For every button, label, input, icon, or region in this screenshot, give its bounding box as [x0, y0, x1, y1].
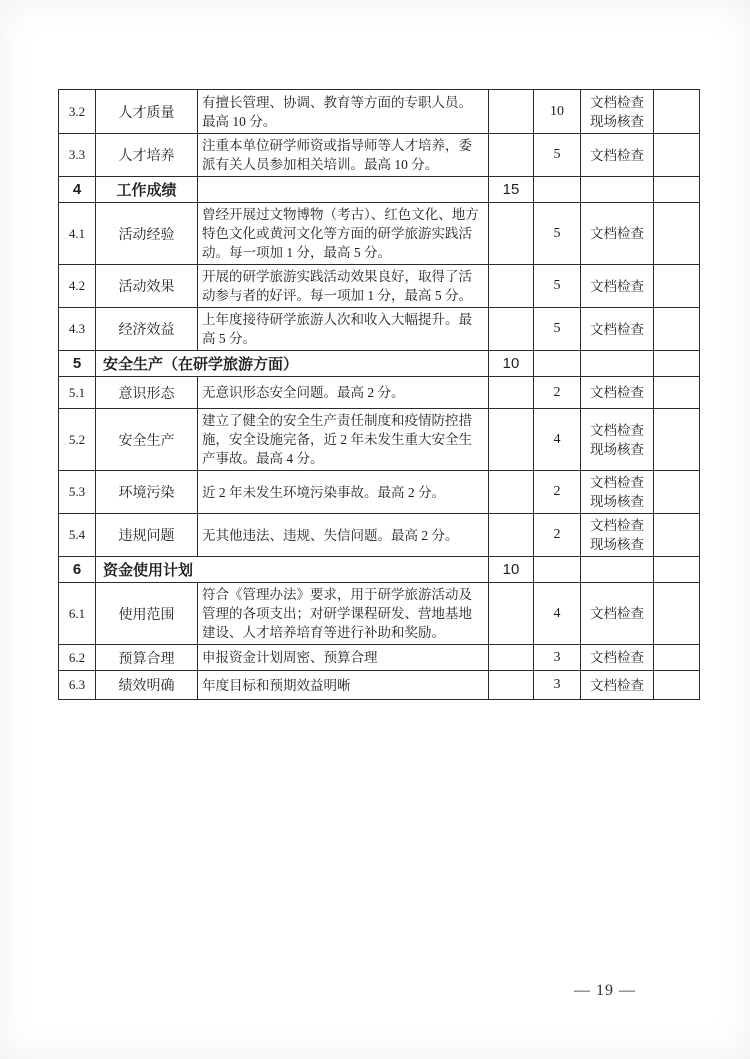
check-method-cell: 文档检查: [581, 308, 654, 351]
section-score-cell: [489, 203, 534, 265]
criterion-name-cell: 活动效果: [96, 265, 198, 308]
item-score-cell: [534, 351, 581, 377]
item-score-cell: [534, 557, 581, 583]
item-score-cell: 5: [534, 203, 581, 265]
section-score-cell: 15: [489, 177, 534, 203]
criterion-description-cell: 符合《管理办法》要求，用于研学旅游活动及管理的各项支出；对研学课程研发、营地基地…: [198, 583, 489, 645]
check-method-line: 文档检查: [585, 516, 649, 535]
criterion-row: 4.1活动经验曾经开展过文物博物（考古）、红色文化、地方特色文化或黄河文化等方面…: [59, 203, 700, 265]
section-score-cell: [489, 377, 534, 409]
check-method-line: 文档检查: [585, 383, 649, 402]
score-entry-cell: [654, 90, 700, 134]
score-entry-cell: [654, 203, 700, 265]
score-entry-cell: [654, 409, 700, 471]
item-score-cell: 5: [534, 265, 581, 308]
criterion-description-cell: 年度目标和预期效益明晰: [198, 671, 489, 700]
row-number-cell: 4.2: [59, 265, 96, 308]
check-method-cell: [581, 557, 654, 583]
item-score-cell: 10: [534, 90, 581, 134]
item-score-cell: 4: [534, 583, 581, 645]
row-number-cell: 6.2: [59, 645, 96, 671]
section-score-cell: [489, 409, 534, 471]
score-entry-cell: [654, 265, 700, 308]
criterion-row: 5.4违规问题无其他违法、违规、失信问题。最高 2 分。2文档检查现场核查: [59, 514, 700, 557]
criterion-description-cell: 建立了健全的安全生产责任制度和疫情防控措施，安全设施完备，近 2 年未发生重大安…: [198, 409, 489, 471]
check-method-line: 现场核查: [585, 112, 649, 131]
check-method-cell: 文档检查: [581, 583, 654, 645]
check-method-line: 文档检查: [585, 277, 649, 296]
criterion-name-cell: 人才质量: [96, 90, 198, 134]
criterion-description-cell: 有擅长管理、协调、教育等方面的专职人员。最高 10 分。: [198, 90, 489, 134]
section-score-cell: [489, 583, 534, 645]
score-entry-cell: [654, 583, 700, 645]
check-method-line: 文档检查: [585, 146, 649, 165]
check-method-line: 现场核查: [585, 492, 649, 511]
check-method-cell: 文档检查: [581, 134, 654, 177]
item-score-cell: 2: [534, 514, 581, 557]
section-score-cell: [489, 514, 534, 557]
check-method-line: 现场核查: [585, 535, 649, 554]
criterion-name-cell: 使用范围: [96, 583, 198, 645]
criterion-description-cell: 上年度接待研学旅游人次和收入大幅提升。最高 5 分。: [198, 308, 489, 351]
check-method-cell: 文档检查现场核查: [581, 409, 654, 471]
criterion-name-cell: 人才培养: [96, 134, 198, 177]
score-entry-cell: [654, 671, 700, 700]
section-score-cell: [489, 471, 534, 514]
row-number-cell: 5.3: [59, 471, 96, 514]
check-method-cell: [581, 177, 654, 203]
criterion-row: 3.3人才培养注重本单位研学师资或指导师等人才培养，委派有关人员参加相关培训。最…: [59, 134, 700, 177]
score-entry-cell: [654, 308, 700, 351]
check-method-line: 文档检查: [585, 93, 649, 112]
section-title-cell: 资金使用计划: [96, 557, 489, 583]
row-number-cell: 4: [59, 177, 96, 203]
criterion-description-cell: 近 2 年未发生环境污染事故。最高 2 分。: [198, 471, 489, 514]
check-method-cell: 文档检查: [581, 265, 654, 308]
criterion-description-cell: 曾经开展过文物博物（考古）、红色文化、地方特色文化或黄河文化等方面的研学旅游实践…: [198, 203, 489, 265]
check-method-cell: 文档检查现场核查: [581, 90, 654, 134]
criterion-description-cell: 申报资金计划周密、预算合理: [198, 645, 489, 671]
check-method-line: 文档检查: [585, 421, 649, 440]
row-number-cell: 4.1: [59, 203, 96, 265]
check-method-line: 文档检查: [585, 676, 649, 695]
criterion-description-cell: 注重本单位研学师资或指导师等人才培养，委派有关人员参加相关培训。最高 10 分。: [198, 134, 489, 177]
criterion-description-cell: [198, 177, 489, 203]
section-row: 5安全生产（在研学旅游方面）10: [59, 351, 700, 377]
section-title-cell: 安全生产（在研学旅游方面）: [96, 351, 489, 377]
criterion-name-cell: 绩效明确: [96, 671, 198, 700]
item-score-cell: 2: [534, 471, 581, 514]
item-score-cell: 2: [534, 377, 581, 409]
check-method-cell: 文档检查: [581, 671, 654, 700]
criterion-name-cell: 活动经验: [96, 203, 198, 265]
row-number-cell: 6.1: [59, 583, 96, 645]
section-score-cell: [489, 265, 534, 308]
check-method-cell: [581, 351, 654, 377]
row-number-cell: 5.2: [59, 409, 96, 471]
criterion-row: 6.1使用范围符合《管理办法》要求，用于研学旅游活动及管理的各项支出；对研学课程…: [59, 583, 700, 645]
criterion-row: 5.1意识形态无意识形态安全问题。最高 2 分。2文档检查: [59, 377, 700, 409]
item-score-cell: 3: [534, 645, 581, 671]
criterion-description-cell: 无其他违法、违规、失信问题。最高 2 分。: [198, 514, 489, 557]
row-number-cell: 6: [59, 557, 96, 583]
section-score-cell: 10: [489, 351, 534, 377]
criterion-row: 6.2预算合理申报资金计划周密、预算合理3文档检查: [59, 645, 700, 671]
criterion-description-cell: 开展的研学旅游实践活动效果良好，取得了活动参与者的好评。每一项加 1 分，最高 …: [198, 265, 489, 308]
check-method-line: 文档检查: [585, 648, 649, 667]
check-method-line: 文档检查: [585, 320, 649, 339]
check-method-line: 现场核查: [585, 440, 649, 459]
score-entry-cell: [654, 514, 700, 557]
section-score-cell: [489, 645, 534, 671]
criterion-row: 5.2安全生产建立了健全的安全生产责任制度和疫情防控措施，安全设施完备，近 2 …: [59, 409, 700, 471]
criterion-row: 5.3环境污染近 2 年未发生环境污染事故。最高 2 分。2文档检查现场核查: [59, 471, 700, 514]
criterion-name-cell: 安全生产: [96, 409, 198, 471]
row-number-cell: 4.3: [59, 308, 96, 351]
item-score-cell: [534, 177, 581, 203]
check-method-line: 文档检查: [585, 473, 649, 492]
item-score-cell: 4: [534, 409, 581, 471]
document-page: 3.2人才质量有擅长管理、协调、教育等方面的专职人员。最高 10 分。10文档检…: [0, 0, 750, 1059]
item-score-cell: 5: [534, 134, 581, 177]
score-entry-cell: [654, 377, 700, 409]
criterion-row: 4.2活动效果开展的研学旅游实践活动效果良好，取得了活动参与者的好评。每一项加 …: [59, 265, 700, 308]
criterion-name-cell: 经济效益: [96, 308, 198, 351]
check-method-line: 文档检查: [585, 604, 649, 623]
item-score-cell: 3: [534, 671, 581, 700]
section-score-cell: 10: [489, 557, 534, 583]
criterion-row: 3.2人才质量有擅长管理、协调、教育等方面的专职人员。最高 10 分。10文档检…: [59, 90, 700, 134]
criterion-name-cell: 预算合理: [96, 645, 198, 671]
row-number-cell: 5.1: [59, 377, 96, 409]
section-row: 4工作成绩15: [59, 177, 700, 203]
criterion-name-cell: 违规问题: [96, 514, 198, 557]
score-entry-cell: [654, 557, 700, 583]
criterion-row: 6.3绩效明确年度目标和预期效益明晰3文档检查: [59, 671, 700, 700]
section-score-cell: [489, 671, 534, 700]
check-method-cell: 文档检查: [581, 645, 654, 671]
score-entry-cell: [654, 177, 700, 203]
criterion-row: 4.3经济效益上年度接待研学旅游人次和收入大幅提升。最高 5 分。5文档检查: [59, 308, 700, 351]
page-number: — 19 —: [540, 982, 670, 1000]
check-method-line: 文档检查: [585, 224, 649, 243]
check-method-cell: 文档检查现场核查: [581, 471, 654, 514]
check-method-cell: 文档检查: [581, 377, 654, 409]
criterion-description-cell: 无意识形态安全问题。最高 2 分。: [198, 377, 489, 409]
item-score-cell: 5: [534, 308, 581, 351]
section-score-cell: [489, 90, 534, 134]
check-method-cell: 文档检查: [581, 203, 654, 265]
evaluation-table-body: 3.2人才质量有擅长管理、协调、教育等方面的专职人员。最高 10 分。10文档检…: [59, 90, 700, 700]
section-score-cell: [489, 308, 534, 351]
score-entry-cell: [654, 471, 700, 514]
row-number-cell: 5: [59, 351, 96, 377]
row-number-cell: 3.2: [59, 90, 96, 134]
row-number-cell: 6.3: [59, 671, 96, 700]
score-entry-cell: [654, 134, 700, 177]
row-number-cell: 3.3: [59, 134, 96, 177]
section-title-cell: 工作成绩: [96, 177, 198, 203]
row-number-cell: 5.4: [59, 514, 96, 557]
score-entry-cell: [654, 351, 700, 377]
section-score-cell: [489, 134, 534, 177]
criterion-name-cell: 环境污染: [96, 471, 198, 514]
section-row: 6资金使用计划10: [59, 557, 700, 583]
criterion-name-cell: 意识形态: [96, 377, 198, 409]
score-entry-cell: [654, 645, 700, 671]
evaluation-table: 3.2人才质量有擅长管理、协调、教育等方面的专职人员。最高 10 分。10文档检…: [58, 89, 700, 700]
check-method-cell: 文档检查现场核查: [581, 514, 654, 557]
